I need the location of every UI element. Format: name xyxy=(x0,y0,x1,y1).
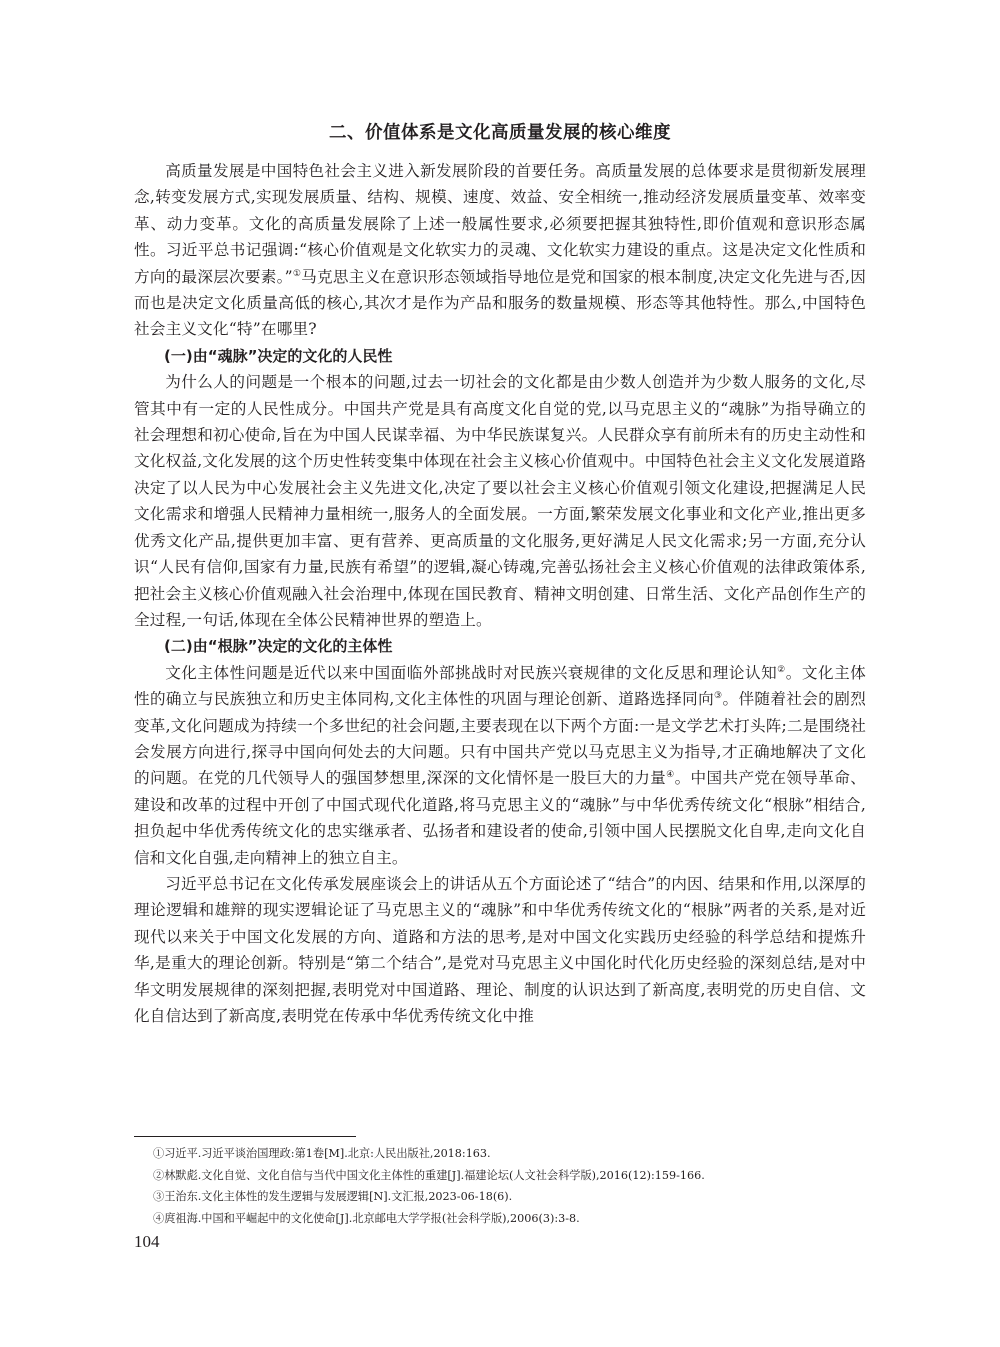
subsection-heading-1: (一)由“魂脉”决定的文化的人民性 xyxy=(134,343,866,369)
paragraph-text: 习近平总书记在文化传承发展座谈会上的讲话从五个方面论述了“结合”的内因、结果和作… xyxy=(134,875,866,1025)
paragraph-3: 文化主体性问题是近代以来中国面临外部挑战时对民族兴衰规律的文化反思和理论认知②。… xyxy=(134,660,866,871)
section-title: 二、价值体系是文化高质量发展的核心维度 xyxy=(134,120,866,146)
footnote-ref[interactable]: ④ xyxy=(666,770,674,780)
footnote-divider xyxy=(134,1136,356,1137)
footnote-ref[interactable]: ② xyxy=(777,665,786,675)
article-body: 高质量发展是中国特色社会主义进入新发展阶段的首要任务。高质量发展的总体要求是贯彻… xyxy=(134,158,866,1029)
paragraph-text: 文化主体性问题是近代以来中国面临外部挑战时对民族兴衰规律的文化反思和理论认知 xyxy=(165,664,777,682)
paragraph-1: 高质量发展是中国特色社会主义进入新发展阶段的首要任务。高质量发展的总体要求是贯彻… xyxy=(134,158,866,343)
paragraph-4: 习近平总书记在文化传承发展座谈会上的讲话从五个方面论述了“结合”的内因、结果和作… xyxy=(134,871,866,1029)
footnote-4: ④庹祖海.中国和平崛起中的文化使命[J].北京邮电大学学报(社会科学版),200… xyxy=(153,1208,866,1230)
subsection-heading-2: (二)由“根脉”决定的文化的主体性 xyxy=(134,633,866,659)
paragraph-text: 为什么人的问题是一个根本的问题,过去一切社会的文化都是由少数人创造并为少数人服务… xyxy=(134,373,866,629)
page-number: 104 xyxy=(134,1232,160,1252)
footnote-2: ②林默彪.文化自觉、文化自信与当代中国文化主体性的重建[J].福建论坛(人文社会… xyxy=(153,1165,866,1187)
footnote-1: ①习近平.习近平谈治国理政:第1卷[M].北京:人民出版社,2018:163. xyxy=(153,1143,866,1165)
footnote-ref[interactable]: ① xyxy=(293,268,301,278)
paragraph-2: 为什么人的问题是一个根本的问题,过去一切社会的文化都是由少数人创造并为少数人服务… xyxy=(134,369,866,633)
footnotes: ①习近平.习近平谈治国理政:第1卷[M].北京:人民出版社,2018:163. … xyxy=(153,1143,866,1229)
footnote-3: ③王治东.文化主体性的发生逻辑与发展逻辑[N].文汇报,2023-06-18(6… xyxy=(153,1186,866,1208)
